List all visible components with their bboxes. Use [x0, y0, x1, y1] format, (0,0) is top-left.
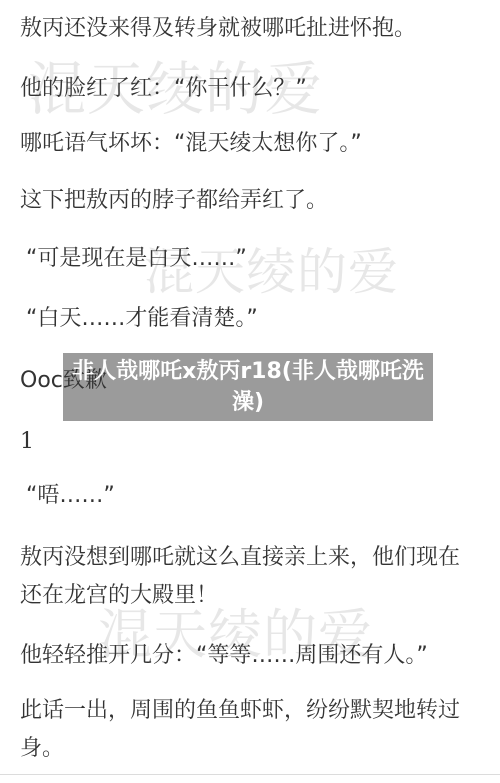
story-paragraph: “白天……才能看清楚。” — [20, 300, 472, 338]
story-paragraph: 敖丙没想到哪吒就这么直接亲上来，他们现在还在龙宫的大殿里！ — [20, 539, 466, 615]
story-paragraph: 此话一出，周围的鱼鱼虾虾，纷纷默契地转过身。 — [20, 692, 466, 768]
story-paragraph: “唔……” — [20, 477, 472, 515]
story-paragraph: 他轻轻推开几分：“等等……周围还有人。” — [20, 637, 466, 675]
story-paragraph: “可是现在是白天……” — [20, 240, 472, 278]
chapter-number: 1 — [20, 423, 466, 461]
title-overlay-label[interactable]: 非人哉哪吒x敖丙r18(非人哉哪吒洗澡) — [63, 353, 433, 421]
bottom-divider — [0, 774, 500, 775]
story-paragraph: 他的脸红了红：“你干什么？” — [20, 70, 466, 108]
story-paragraph: 这下把敖丙的脖子都给弄红了。 — [20, 182, 466, 220]
story-paragraph: 敖丙还没来得及转身就被哪吒扯进怀抱。 — [20, 10, 466, 48]
story-paragraph: 哪吒语气坏坏：“混天绫太想你了。” — [20, 125, 466, 163]
reader-page: { "story": { "paragraphs": [ "敖丙还没来得及转身就… — [0, 0, 500, 783]
